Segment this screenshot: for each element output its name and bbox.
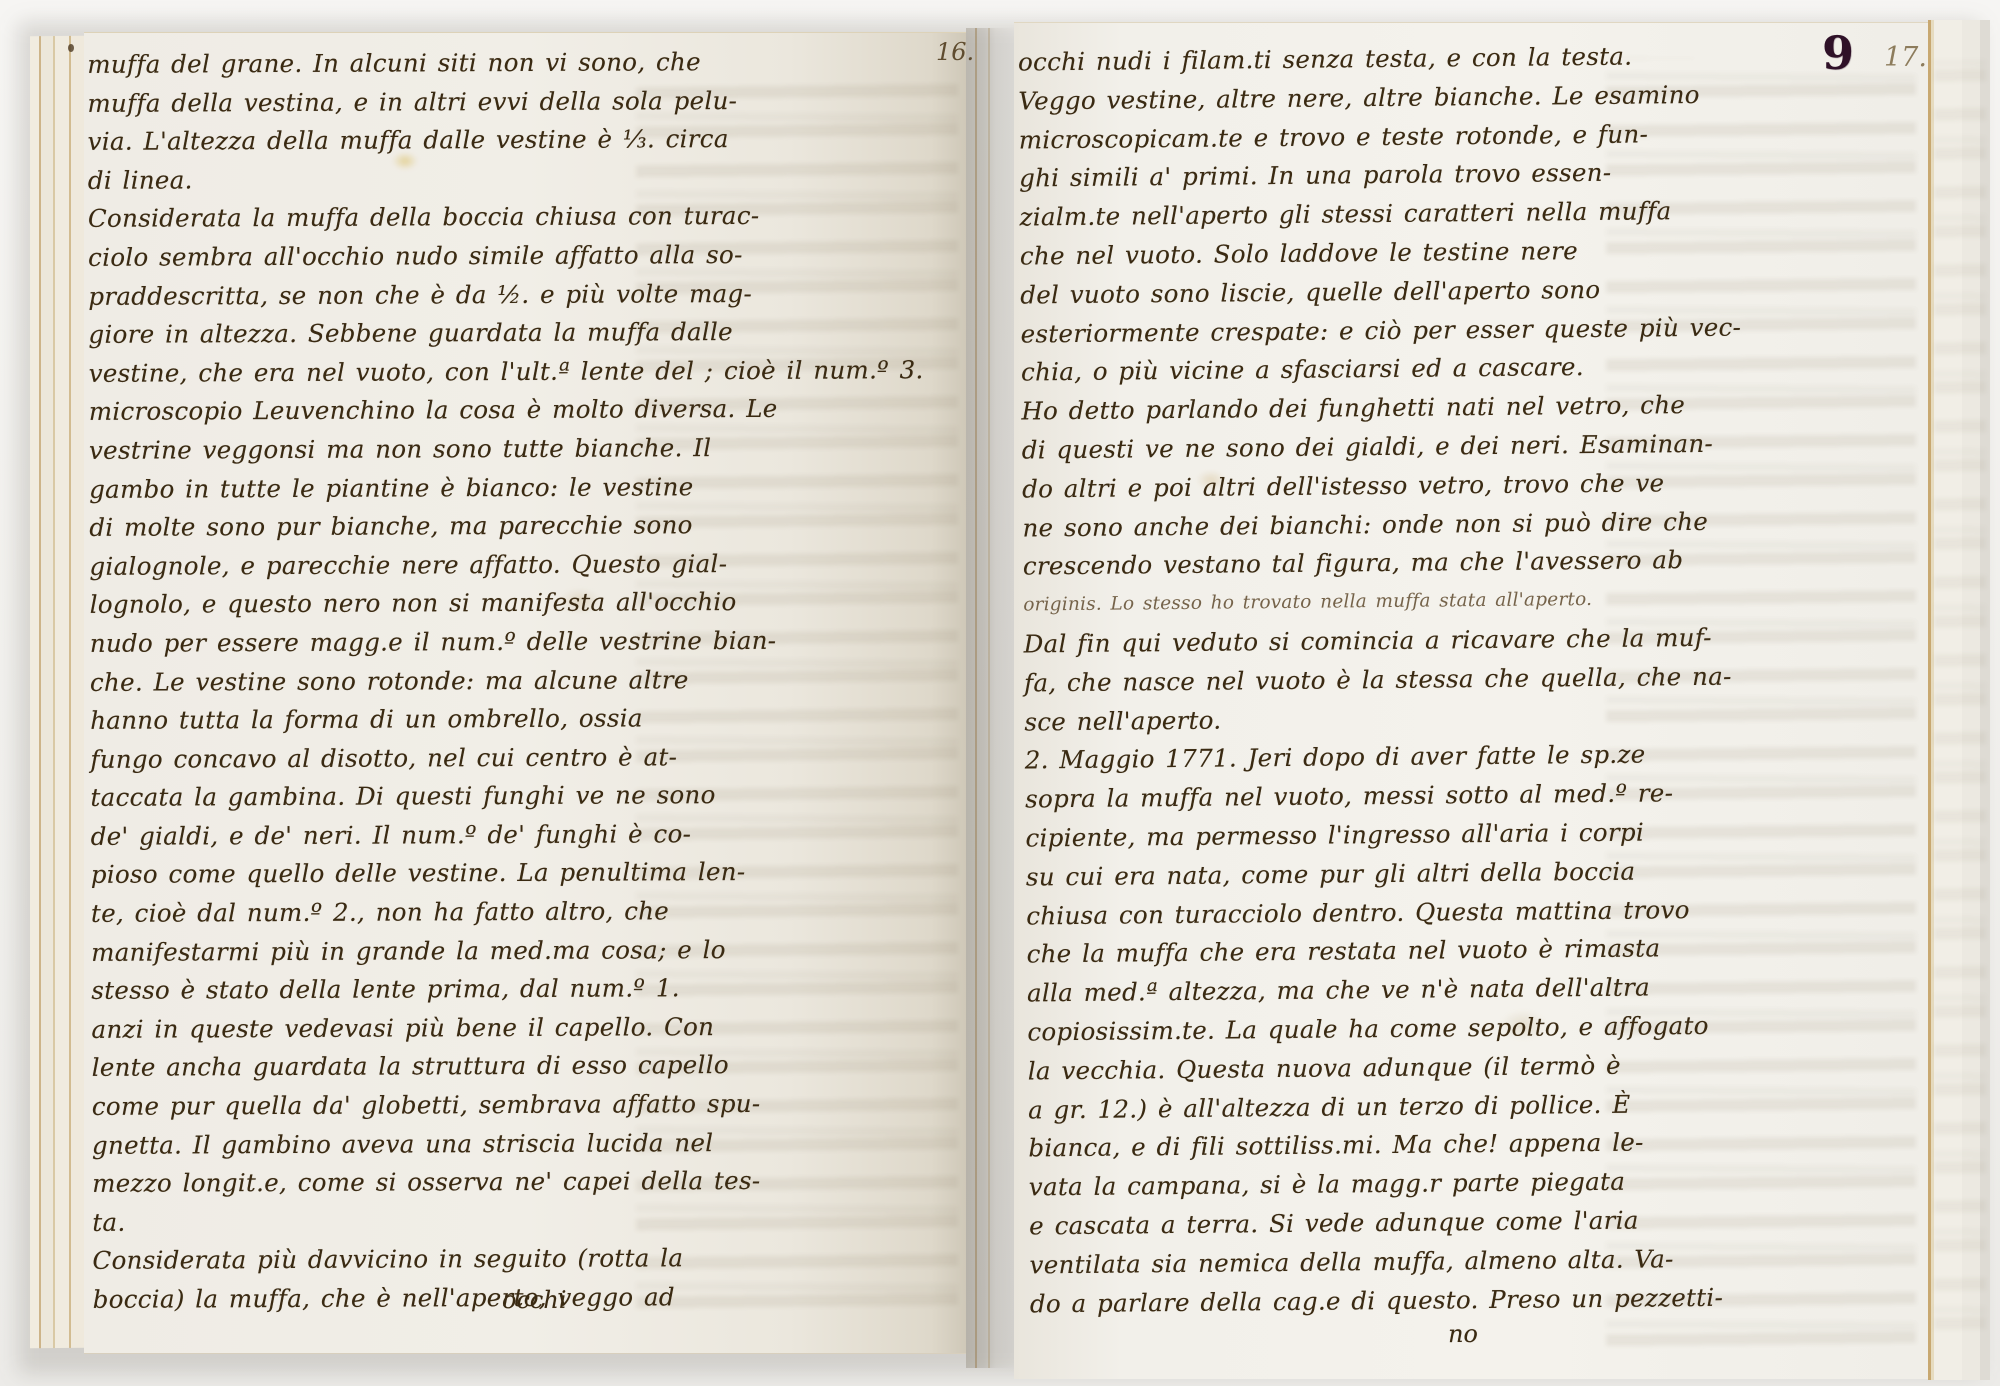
binding-gutter <box>966 28 1014 1368</box>
manuscript-line: via. L'altezza della muffa dalle vestine… <box>88 119 923 161</box>
manuscript-line: Dal fin qui veduto si comincia a ricavar… <box>1023 618 1744 664</box>
manuscript-line: ventilata sia nemica della muffa, almeno… <box>1029 1239 1750 1285</box>
manuscript-line: do altri e poi altri dell'istesso vetro,… <box>1022 463 1743 509</box>
manuscript-line: zialm.te nell'aperto gli stessi caratter… <box>1019 192 1740 238</box>
manuscript-line: manifestarmi più in grande la med.ma cos… <box>91 930 926 972</box>
manuscript-line: fungo concavo al disotto, nel cui centro… <box>90 737 925 779</box>
manuscript-line: alla med.ª altezza, ma che ve n'è nata d… <box>1027 968 1748 1014</box>
manuscript-line: de' gialdi, e de' neri. Il num.º de' fun… <box>91 814 926 856</box>
left-catchword: occhi <box>502 1286 567 1314</box>
manuscript-line: come pur quella da' globetti, sembrava a… <box>92 1084 927 1126</box>
right-page-text: occhi nudi i filam.ti senza testa, e con… <box>1018 37 1751 1324</box>
manuscript-line: copiosissim.te. La quale ha come sepolto… <box>1027 1006 1748 1052</box>
manuscript-line: crescendo vestano tal figura, ma che l'a… <box>1023 541 1744 587</box>
manuscript-line: cipiente, ma permesso l'ingresso all'ari… <box>1025 812 1746 858</box>
manuscript-line: Veggo vestine, altre nere, altre bianche… <box>1018 75 1739 121</box>
manuscript-line: esteriormente crespate: e ciò per esser … <box>1020 308 1741 354</box>
manuscript-line: Considerata più davvicino in seguito (ro… <box>92 1239 927 1281</box>
right-catchword: no <box>1448 1320 1478 1348</box>
manuscript-line: Considerata la muffa della boccia chiusa… <box>88 197 923 239</box>
stamped-page-number: 9 <box>1822 26 1854 80</box>
manuscript-line: mezzo longit.e, come si osserva ne' cape… <box>92 1161 927 1203</box>
manuscript-line: giore in altezza. Sebbene guardata la mu… <box>88 312 923 354</box>
manuscript-line: gambo in tutte le piantine è bianco: le … <box>89 467 924 509</box>
manuscript-line: vestrine veggonsi ma non sono tutte bian… <box>89 428 924 470</box>
manuscript-line: vestine, che era nel vuoto, con l'ult.ª … <box>89 351 924 393</box>
manuscript-line: anzi in queste vedevasi più bene il cape… <box>91 1007 926 1049</box>
manuscript-line: stesso è stato della lente prima, dal nu… <box>91 968 926 1010</box>
edge-speck <box>68 44 74 52</box>
manuscript-line: lente ancha guardata la struttura di ess… <box>92 1046 927 1088</box>
manuscript-line: di questi ve ne sono dei gialdi, e dei n… <box>1022 425 1743 471</box>
manuscript-line: gialognole, e parecchie nere affatto. Qu… <box>89 544 924 586</box>
left-folio-number: 16. <box>936 38 974 66</box>
manuscript-line: ta. <box>92 1200 927 1242</box>
page-stack-edge-left <box>30 36 86 1348</box>
manuscript-line: di molte sono pur bianche, ma parecchie … <box>89 505 924 547</box>
manuscript-line: che. Le vestine sono rotonde: ma alcune … <box>90 660 925 702</box>
manuscript-line: hanno tutta la forma di un ombrello, oss… <box>90 698 925 740</box>
manuscript-line: di linea. <box>88 158 923 200</box>
manuscript-line: do a parlare della cag.e di questo. Pres… <box>1030 1278 1751 1324</box>
manuscript-line: lognolo, e questo nero non si manifesta … <box>90 582 925 624</box>
manuscript-line: microscopio Leuvenchino la cosa è molto … <box>89 390 924 432</box>
manuscript-photo: 16. 9 17. muffa del grane. In alcuni sit… <box>0 0 2000 1386</box>
manuscript-line: ciolo sembra all'occhio nudo simile affa… <box>88 235 923 277</box>
manuscript-line: bianca, e di fili sottiliss.mi. Ma che! … <box>1028 1123 1749 1169</box>
manuscript-line: praddescritta, se non che è da ½. e più … <box>88 274 923 316</box>
manuscript-line: muffa della vestina, e in altri evvi del… <box>87 81 922 123</box>
manuscript-line: te, cioè dal num.º 2., non ha fatto altr… <box>91 891 926 933</box>
manuscript-line: taccata la gambina. Di questi funghi ve … <box>90 775 925 817</box>
manuscript-line: nudo per essere magg.e il num.º delle ve… <box>90 621 925 663</box>
manuscript-line: sopra la muffa nel vuoto, messi sotto al… <box>1025 774 1746 820</box>
manuscript-line: pioso come quello delle vestine. La penu… <box>91 853 926 895</box>
manuscript-line: gnetta. Il gambino aveva una striscia lu… <box>92 1123 927 1165</box>
manuscript-line: occhi nudi i filam.ti senza testa, e con… <box>1018 37 1739 83</box>
right-folio-number: 17. <box>1884 42 1927 73</box>
manuscript-line: muffa del grane. In alcuni siti non vi s… <box>87 42 922 84</box>
left-page-text: muffa del grane. In alcuni siti non vi s… <box>87 42 927 1319</box>
manuscript-line: microscopicam.te e trovo e teste rotonde… <box>1019 114 1740 160</box>
ink-show-through-edge <box>1934 60 1986 1340</box>
manuscript-line: fa, che nasce nel vuoto è la stessa che … <box>1024 657 1745 703</box>
